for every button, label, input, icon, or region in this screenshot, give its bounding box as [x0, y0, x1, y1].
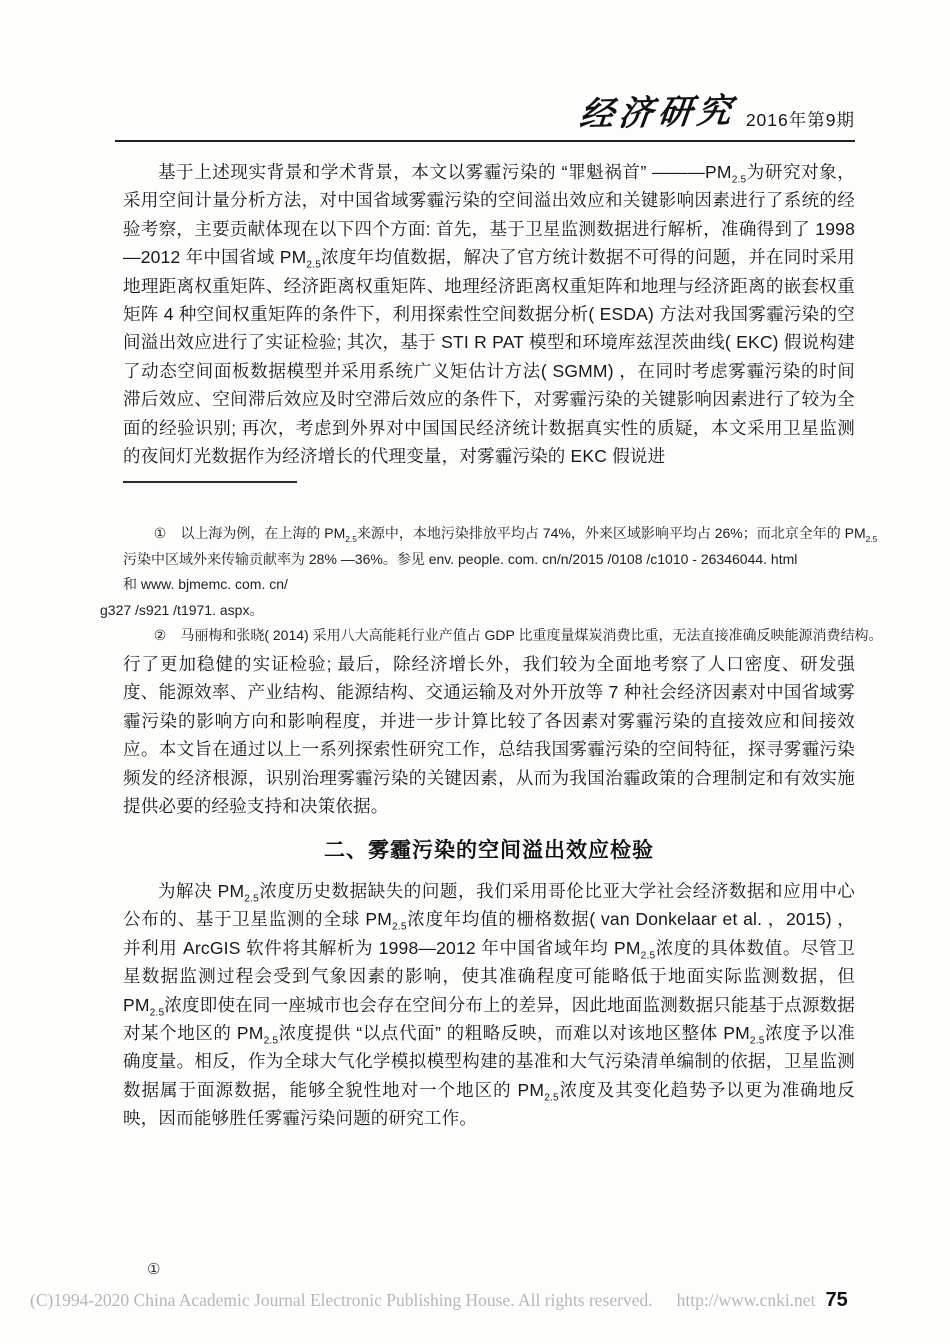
paragraph-intro: 基于上述现实背景和学术背景，本文以雾霾污染的 “罪魁祸首” ———PM2.5为研… [123, 158, 855, 470]
footnote-1-line-2: 污染中区域外来传输贡献率为 28% —36%。参见 env. people. c… [123, 547, 859, 573]
header-rule [115, 140, 855, 142]
footer-line: (C)1994-2020 China Academic Journal Elec… [30, 1289, 825, 1312]
page-number: 75 [825, 1289, 847, 1312]
footnote-1-line-1: ① 以上海为例，在上海的 PM2.5来源中，本地污染排放平均占 74%，外来区域… [123, 521, 859, 547]
cnki-url: http://www.cnki.net [677, 1290, 816, 1311]
paragraph-intro-continued: 行了更加稳健的实证检验; 最后，除经济增长外，我们较为全面地考察了人口密度、研发… [123, 650, 855, 820]
paragraph-satellite-data: 为解决 PM2.5浓度历史数据缺失的问题，我们采用哥伦比亚大学社会经济数据和应用… [123, 877, 855, 1133]
paper-page: 经济研究 2016年第9期 基于上述现实背景和学术背景，本文以雾霾污染的 “罪魁… [0, 0, 950, 1344]
footnote-2: ② 马丽梅和张晓( 2014) 采用八大高能耗行业产值占 GDP 比重度量煤炭消… [123, 623, 859, 649]
footnote-1-line-4: g327 /s921 /t1971. aspx。 [100, 598, 859, 624]
section-heading: 二、雾霾污染的空间溢出效应检验 [123, 834, 855, 864]
footnote-separator [123, 481, 297, 483]
footnotes-block: ① 以上海为例，在上海的 PM2.5来源中，本地污染排放平均占 74%，外来区域… [123, 521, 859, 649]
stray-footnote-mark: ① [147, 1260, 160, 1278]
journal-logo: 经济研究 [578, 94, 738, 132]
copyright-notice: (C)1994-2020 China Academic Journal Elec… [30, 1290, 653, 1311]
footnote-1-line-3: 和 www. bjmemc. com. cn/ [123, 572, 859, 598]
page-header: 经济研究 2016年第9期 [115, 96, 855, 130]
issue-label: 2016年第9期 [746, 110, 855, 130]
